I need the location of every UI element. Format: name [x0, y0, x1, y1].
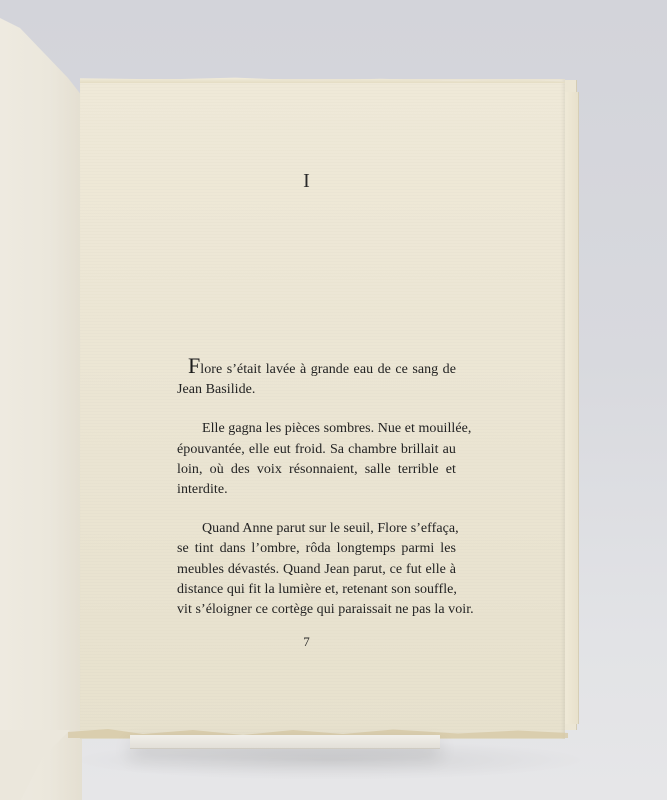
text-line: Jean Basilide. — [177, 380, 456, 400]
paragraph-3: Quand Anne parut sur le seuil, Flore s’e… — [177, 519, 456, 620]
paragraph-2: Elle gagna les pièces sombres. Nue et mo… — [177, 419, 456, 500]
text-line: épouvantée, elle eut froid. Sa chambre b… — [177, 440, 456, 460]
chapter-heading: I — [0, 170, 667, 193]
text-line: Flore s’était lavée à grande eau de ce s… — [177, 355, 456, 380]
left-page — [0, 18, 82, 800]
text-line: distance qui fit la lumière et, retenant… — [177, 580, 456, 600]
chapter-number: I — [303, 170, 310, 192]
book-stand — [130, 735, 440, 749]
paragraph-1: Flore s’était lavée à grande eau de ce s… — [177, 355, 456, 400]
page-footer: 7 — [0, 634, 667, 650]
text-line: interdite. — [177, 480, 456, 500]
book-photo: I Flore s’était lavée à grande eau de ce… — [0, 0, 667, 800]
text-line: loin, où des voix résonnaient, salle ter… — [177, 460, 456, 480]
drop-cap: F — [188, 353, 200, 378]
page-number: 7 — [303, 634, 310, 649]
body-text: Flore s’était lavée à grande eau de ce s… — [177, 355, 456, 639]
text-line: Elle gagna les pièces sombres. Nue et mo… — [177, 419, 456, 439]
text-line: Quand Anne parut sur le seuil, Flore s’e… — [177, 519, 456, 539]
text-line: meubles dévastés. Quand Jean parut, ce f… — [177, 560, 456, 580]
text-line: vit s’éloigner ce cortège qui paraissait… — [177, 600, 456, 620]
text-line: se tint dans l’ombre, rôda longtemps par… — [177, 539, 456, 559]
